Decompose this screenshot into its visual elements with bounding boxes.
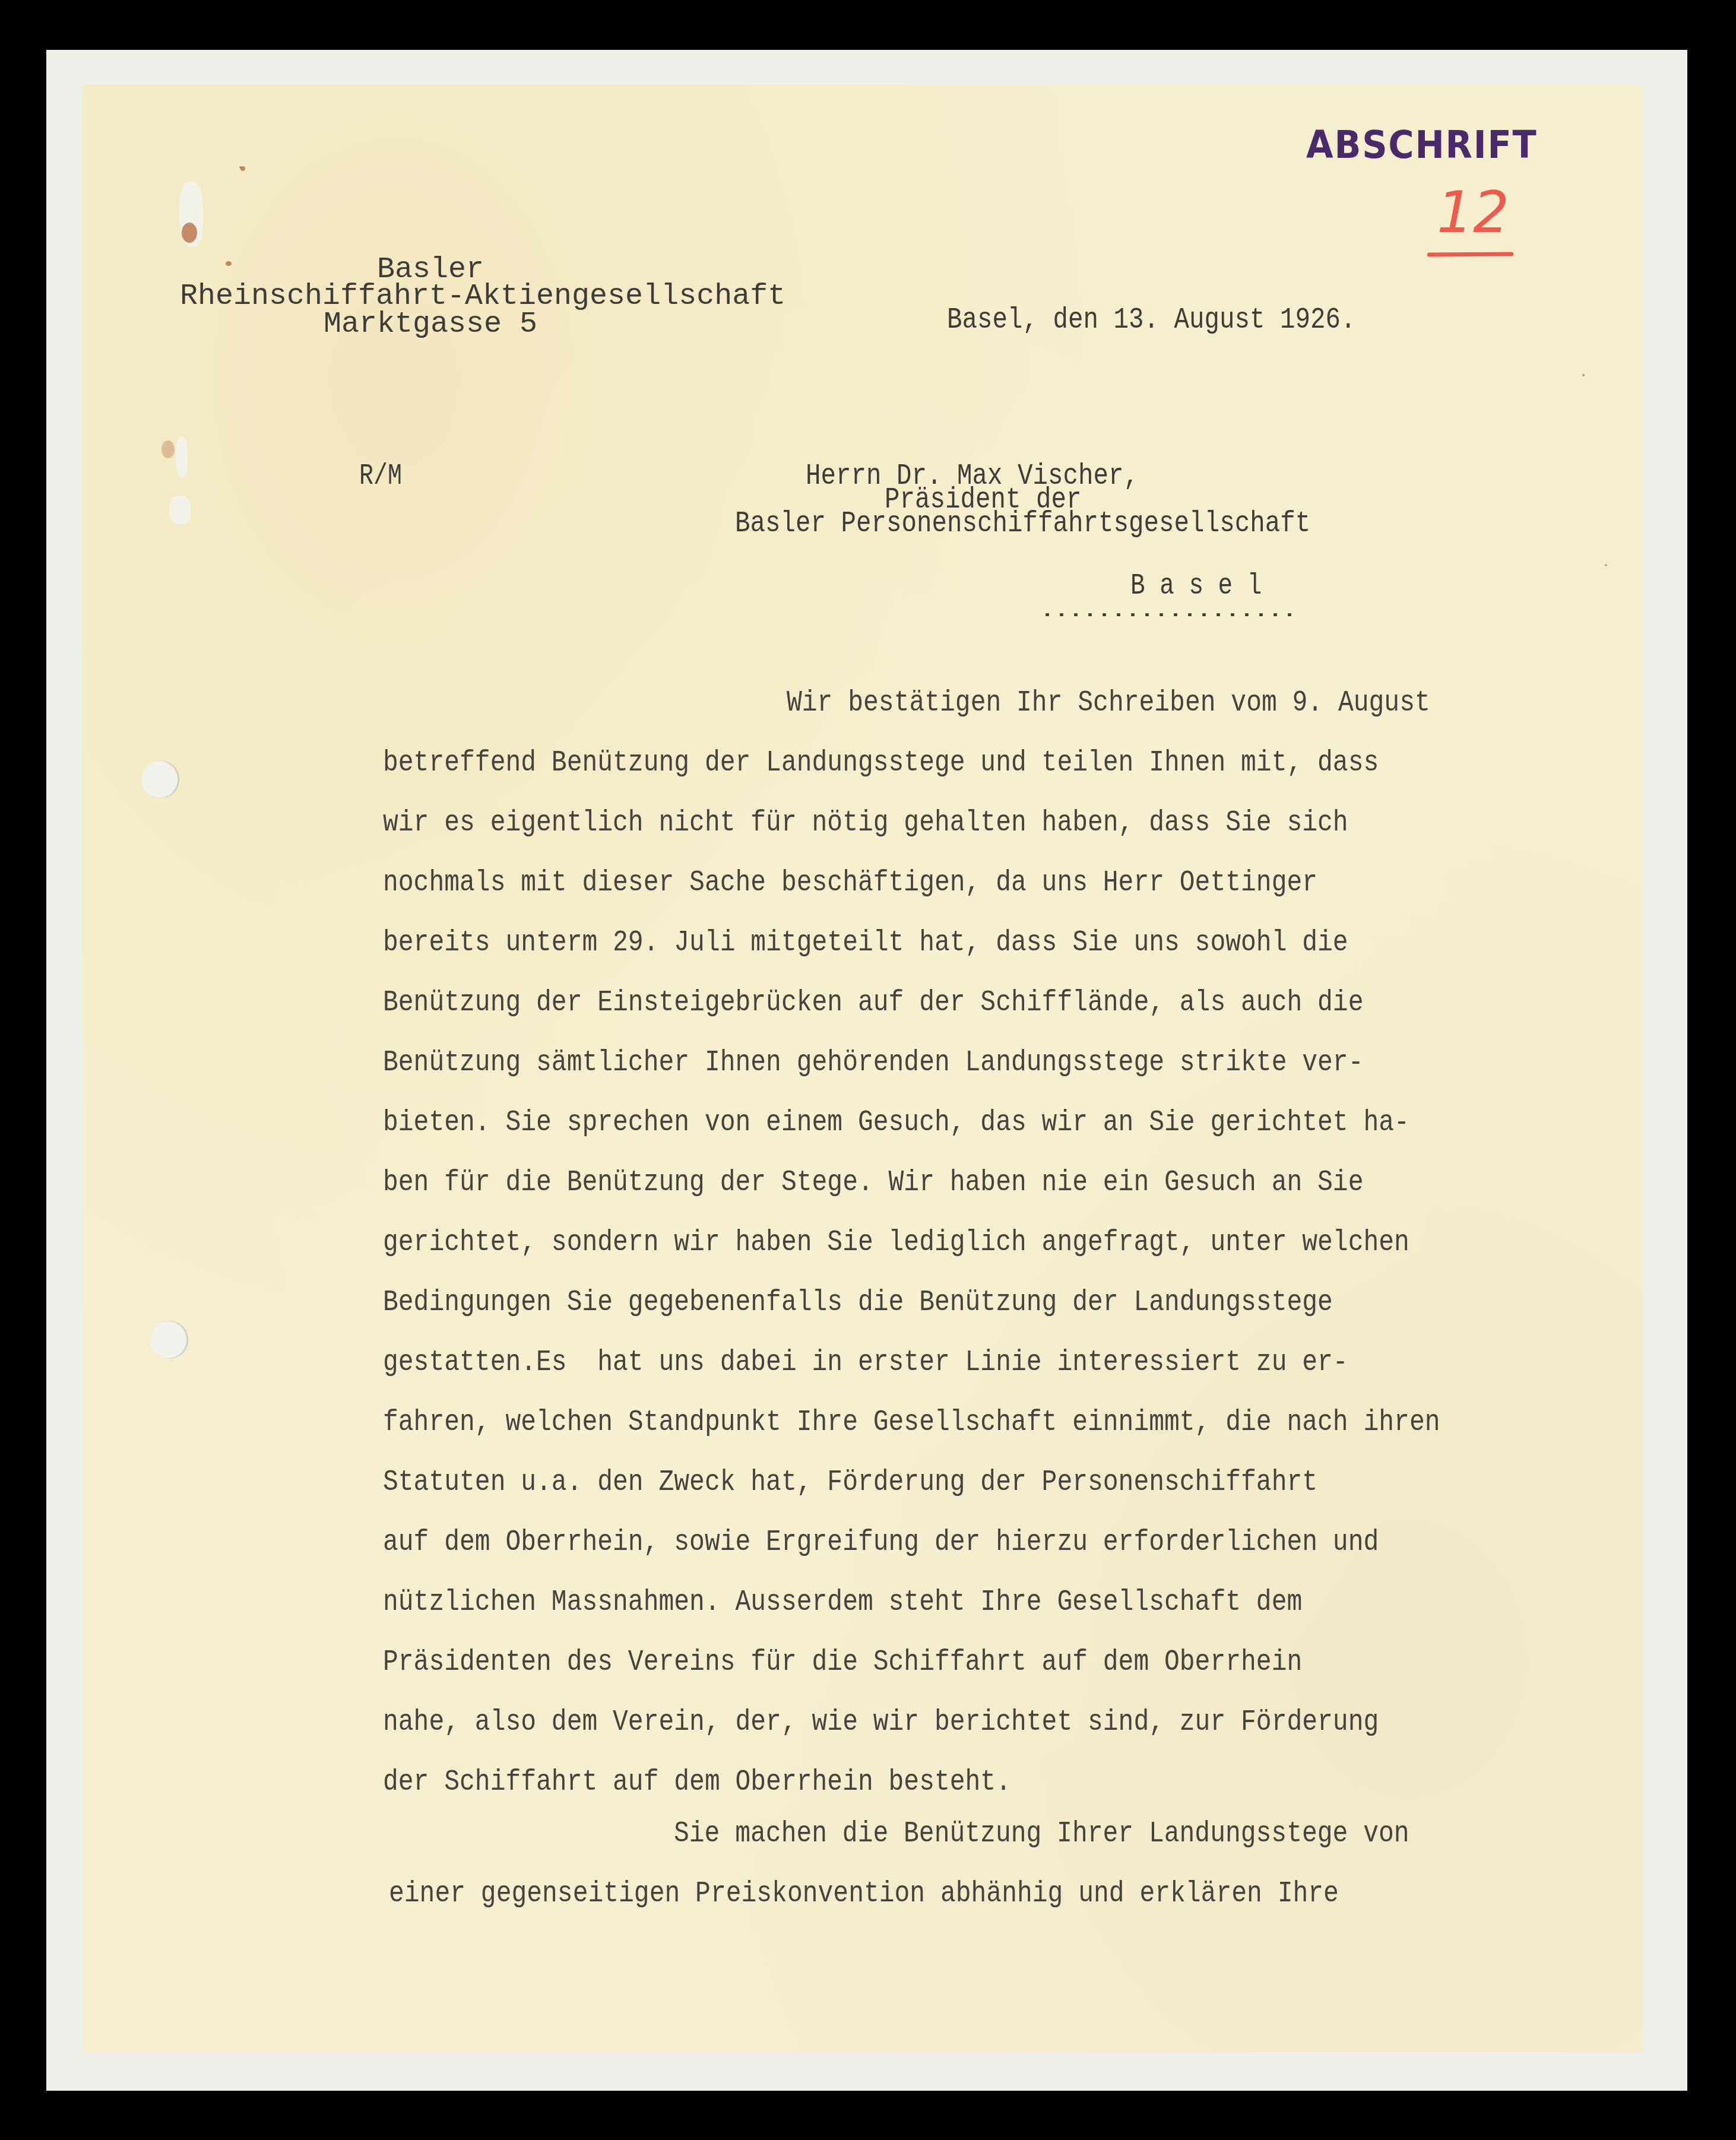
- body-line: auf dem Oberrhein, sowie Ergreifung der …: [383, 1528, 1379, 1558]
- body-line: nahe, also dem Verein, der, wie wir beri…: [383, 1708, 1379, 1738]
- sender-address: Marktgasse 5: [324, 310, 537, 340]
- recipient-city: B a s e l: [1130, 572, 1262, 601]
- body-line: bieten. Sie sprechen von einem Gesuch, d…: [383, 1108, 1409, 1138]
- recipient-city-underline: - - - - - - - - - - - - - - - - - -: [1044, 601, 1293, 630]
- recipient-organization: Basler Personenschiffahrtsgesellschaft: [735, 509, 1310, 539]
- punch-hole-lower: [150, 1321, 188, 1359]
- punch-hole-upper: [141, 760, 179, 798]
- body-line: bereits unterm 29. Juli mitgeteilt hat, …: [383, 928, 1348, 958]
- rust-spot: [226, 261, 232, 266]
- body-line: Benützung der Einsteigebrücken auf der S…: [383, 988, 1363, 1018]
- paper-tear-middle: [176, 436, 188, 478]
- body-line: der Schiffahrt auf dem Oberrhein besteht…: [383, 1768, 1011, 1797]
- body-line: Bedingungen Sie gegebenenfalls die Benüt…: [383, 1288, 1333, 1318]
- rust-stain: [182, 223, 197, 243]
- body-line: gestatten.Es hat uns dabei in erster Lin…: [383, 1348, 1348, 1378]
- paper-speck: [1605, 564, 1607, 566]
- body-line: nützlichen Massnahmen. Ausserdem steht I…: [383, 1588, 1302, 1618]
- reference-initials: R/M: [359, 462, 402, 492]
- body-line: Benützung sämtlicher Ihnen gehörenden La…: [383, 1048, 1363, 1078]
- date-line: Basel, den 13. August 1926.: [947, 306, 1356, 335]
- body-line: Wir bestätigen Ihr Schreiben vom 9. Augu…: [787, 689, 1430, 718]
- handwritten-page-number: 12: [1437, 184, 1509, 241]
- paper-tear-lower: [169, 496, 191, 524]
- page-number-underline: [1427, 252, 1513, 256]
- body-line: einer gegenseitigen Preiskonvention abhä…: [389, 1879, 1339, 1909]
- abschrift-stamp: ABSCHRIFT: [1306, 126, 1538, 164]
- body-line: gerichtet, sondern wir haben Sie ledigli…: [383, 1228, 1409, 1258]
- body-line: wir es eigentlich nicht für nötig gehalt…: [383, 809, 1348, 838]
- body-line: betreffend Benützung der Landungsstege u…: [383, 749, 1379, 778]
- body-line: Präsidenten des Vereins für die Schiffah…: [383, 1648, 1302, 1678]
- paper-speck: [239, 166, 242, 169]
- body-line: ben für die Benützung der Stege. Wir hab…: [383, 1168, 1363, 1198]
- body-line: Sie machen die Benützung Ihrer Landungss…: [674, 1819, 1409, 1849]
- body-line: nochmals mit dieser Sache beschäftigen, …: [383, 868, 1317, 898]
- rust-stain: [161, 440, 175, 458]
- paper-speck: [1582, 374, 1585, 376]
- body-line: fahren, welchen Standpunkt Ihre Gesellsc…: [383, 1408, 1440, 1438]
- body-line: Statuten u.a. den Zweck hat, Förderung d…: [383, 1468, 1317, 1498]
